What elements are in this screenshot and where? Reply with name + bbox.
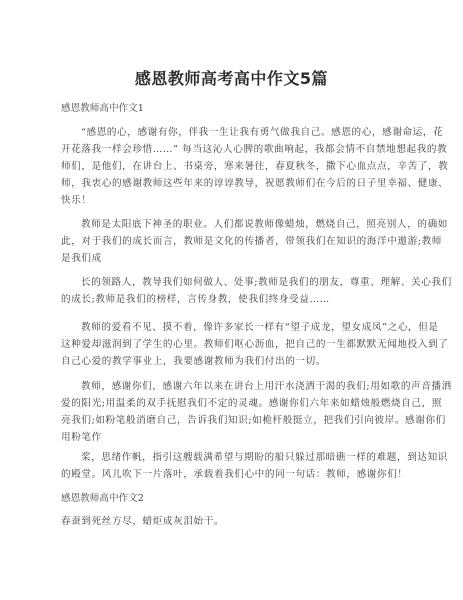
section-heading-2: 感恩教师高中作文2 [61, 490, 144, 504]
paragraph-line: 师们，是他们，在讲台上、书桌旁，寒来暑往，春夏秋冬，撒下心血点点，辛苦了，教 [61, 158, 448, 172]
paragraph-line: 的成长;教师是我们的榜样，言传身教，使我们终身受益…… [61, 291, 330, 305]
section-heading-1: 感恩教师高中作文1 [61, 100, 144, 114]
paragraph-line: 亮我们;如粉笔般消磨自己，告诉我们知识;如桅杆般挺立，把我们引向彼岸。感谢你们 [61, 412, 446, 426]
paragraph-line: 长的领路人，教导我们如何做人、处事;教师是我们的朋友，尊重、理解、关心我们 [81, 274, 452, 288]
paragraph-line: 自己心爱的教学事业上，我要感谢教师为我们付出的一切。 [61, 353, 326, 367]
paragraph-line: 教师的爱看不见、摸不着，像许多家长一样有“望子成龙，望女成凤”之心，但是 [81, 319, 439, 333]
paragraph-line: 这种爱却滋润到了学生的心里。教师们呕心沥血，把自己的一生都默默无闻地投入到了 [61, 336, 448, 350]
paragraph-line: 用粉笔作 [61, 429, 102, 443]
paragraph-line: 的殿堂。风儿吹下一片落叶，承载着我们心中的同一句话：教师，感谢你们！ [61, 466, 408, 480]
paragraph-line: 爱的阳光;用温柔的双手抚慰我们不定的灵魂。感谢你们六年来如蜡烛般燃烧自己，照 [61, 395, 442, 409]
paragraph-line: 开花落我一样会珍惜……” 每当这沁人心脾的歌曲响起，我都会情不自禁地想起我的教 [61, 141, 447, 155]
document-title: 感恩教师高考高中作文5篇 [0, 66, 463, 89]
paragraph-line: 快乐！ [61, 192, 92, 206]
paragraph-line: 教师是太阳底下神圣的职业。人们都说教师像蜡烛，燃烧自己，照亮别人，的确如 [81, 216, 448, 230]
paragraph-line: 此，对于我们的成长而言，教师是文化的传播者，带领我们在知识的海洋中遨游;教师 [61, 233, 442, 247]
paragraph-line: 师，我衷心的感谢教师这些年来的谆谆教导，祝愿教师们在今后的日子里幸福、健康、 [61, 175, 448, 189]
document-page: 感恩教师高考高中作文5篇 感恩教师高中作文1 “感恩的心，感谢有你，伴我一生让我… [0, 0, 463, 600]
paragraph-line: 桨，思绪作帆，指引这艘载满希望与期盼的船只躲过那暗礁一样的难题，到达知识 [81, 449, 448, 463]
paragraph-line: 春蚕到死丝方尽，蜡炬成灰泪始干。 [61, 513, 224, 527]
paragraph-line: “感恩的心，感谢有你，伴我一生让我有勇气做我自己。感恩的心，感谢命运，花 [81, 124, 443, 138]
paragraph-line: 是我们成 [61, 250, 102, 264]
paragraph-line: 教师，感谢你们，感谢六年以来在讲台上用汗水浇洒干渴的我们;用如歌的声音播洒 [81, 378, 452, 392]
